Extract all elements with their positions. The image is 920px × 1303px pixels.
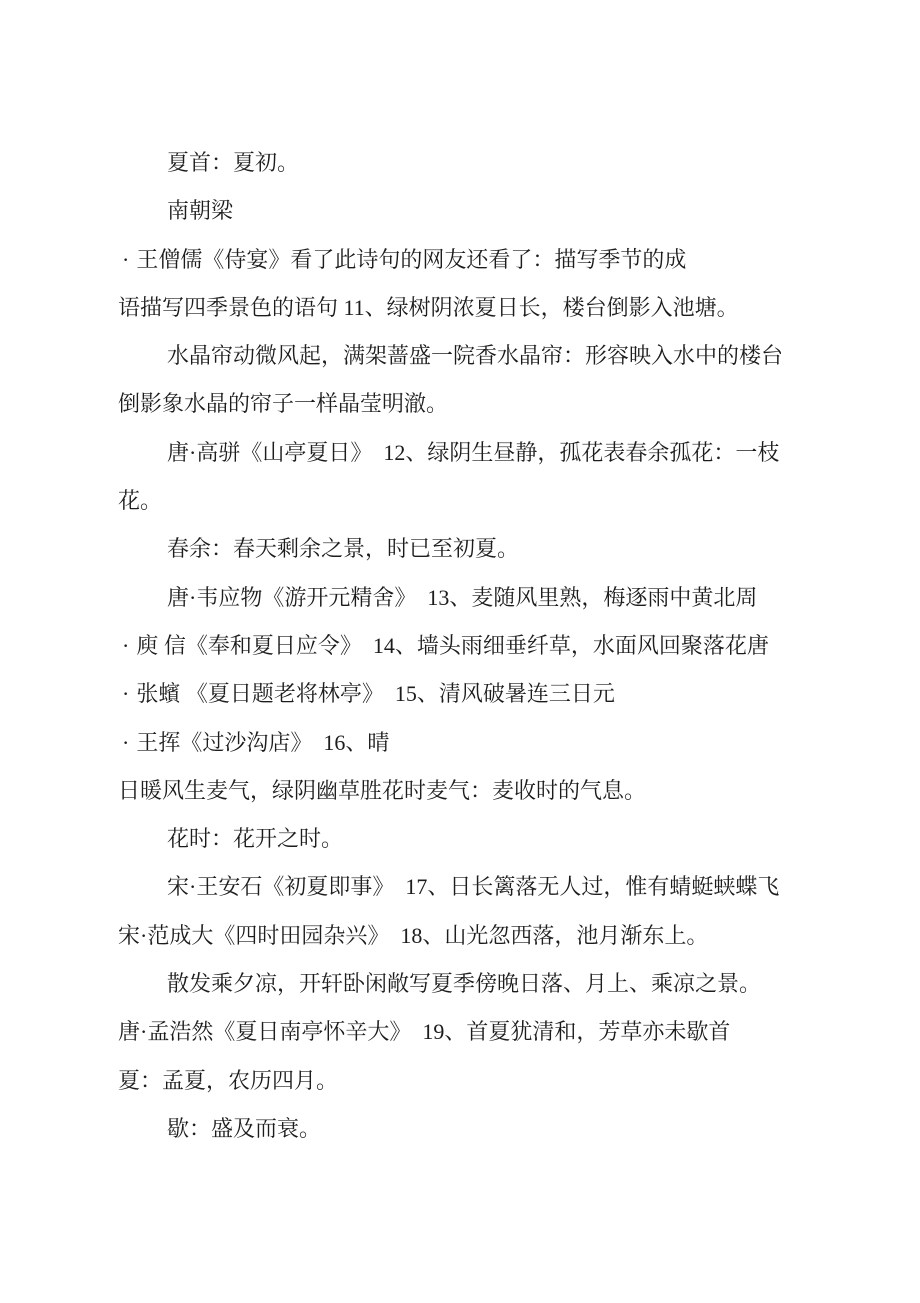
document-page: 夏首：夏初。 南朝梁 ·王僧儒《侍宴》看了此诗句的网友还看了：描写季节的成 语描…	[0, 0, 920, 1303]
text-line: ·张蠙 《夏日题老将林亭》 15、清风破暑连三日元	[118, 670, 838, 718]
text-line: ·王僧儒《侍宴》看了此诗句的网友还看了：描写季节的成	[118, 236, 838, 284]
line-text: 倒影象水晶的帘子一样晶莹明澈。	[118, 391, 448, 416]
list-bullet-marker: ·	[122, 622, 136, 670]
line-text: 花时：花开之时。	[167, 826, 343, 851]
line-text: 庾 信《奉和夏日应令》 14、墙头雨细垂纤草，水面风回聚落花唐	[136, 633, 769, 658]
text-line: 语描写四季景色的语句 11、绿树阴浓夏日长，楼台倒影入池塘。	[118, 284, 838, 332]
line-text: 张蠙 《夏日题老将林亭》 15、清风破暑连三日元	[136, 681, 615, 706]
text-line: 南朝梁	[118, 187, 838, 235]
line-text: 歇：盛及而衰。	[167, 1116, 321, 1141]
line-text: 日暖风生麦气，绿阴幽草胜花时麦气：麦收时的气息。	[118, 778, 646, 803]
text-line: ·王挥《过沙沟店》 16、晴	[118, 719, 838, 767]
text-line: 唐·高骈《山亭夏日》 12、绿阴生昼静，孤花表春余孤花：一枝	[118, 429, 838, 477]
text-line: 倒影象水晶的帘子一样晶莹明澈。	[118, 380, 838, 428]
text-line: 水晶帘动微风起，满架蔷盛一院香水晶帘：形容映入水中的楼台	[118, 332, 838, 380]
line-text: 王僧儒《侍宴》看了此诗句的网友还看了：描写季节的成	[136, 247, 686, 272]
text-line: 夏首：夏初。	[118, 139, 838, 187]
text-line: 宋·王安石《初夏即事》 17、日长篱落无人过，惟有蜻蜓蛱蝶飞	[118, 863, 838, 911]
line-text: 宋·王安石《初夏即事》 17、日长篱落无人过，惟有蜻蜓蛱蝶飞	[167, 874, 779, 899]
text-line: ·庾 信《奉和夏日应令》 14、墙头雨细垂纤草，水面风回聚落花唐	[118, 622, 838, 670]
text-line: 夏：孟夏，农历四月。	[118, 1057, 838, 1105]
document-body: 夏首：夏初。 南朝梁 ·王僧儒《侍宴》看了此诗句的网友还看了：描写季节的成 语描…	[118, 139, 838, 1153]
text-line: 唐·孟浩然《夏日南亭怀辛大》 19、首夏犹清和，芳草亦未歇首	[118, 1008, 838, 1056]
line-text: 唐·高骈《山亭夏日》 12、绿阴生昼静，孤花表春余孤花：一枝	[167, 440, 779, 465]
line-text: 水晶帘动微风起，满架蔷盛一院香水晶帘：形容映入水中的楼台	[167, 343, 783, 368]
line-text: 春余：春天剩余之景，时已至初夏。	[167, 536, 519, 561]
line-text: 宋·范成大《四时田园杂兴》 18、山光忽西落，池月渐东上。	[118, 923, 708, 948]
text-line: 春余：春天剩余之景，时已至初夏。	[118, 525, 838, 573]
text-line: 花时：花开之时。	[118, 815, 838, 863]
text-line: 唐·韦应物《游开元精舍》 13、麦随风里熟，梅逐雨中黄北周	[118, 574, 838, 622]
line-text: 散发乘夕凉，开轩卧闲敞写夏季傍晚日落、月上、乘凉之景。	[167, 971, 761, 996]
line-text: 唐·孟浩然《夏日南亭怀辛大》 19、首夏犹清和，芳草亦未歇首	[118, 1019, 730, 1044]
line-text: 花。	[118, 488, 162, 513]
line-text: 南朝梁	[167, 198, 233, 223]
text-line: 歇：盛及而衰。	[118, 1105, 838, 1153]
line-text: 王挥《过沙沟店》 16、晴	[136, 730, 389, 755]
line-text: 语描写四季景色的语句 11、绿树阴浓夏日长，楼台倒影入池塘。	[118, 295, 739, 320]
line-text: 夏首：夏初。	[167, 150, 299, 175]
text-line: 散发乘夕凉，开轩卧闲敞写夏季傍晚日落、月上、乘凉之景。	[118, 960, 838, 1008]
text-line: 日暖风生麦气，绿阴幽草胜花时麦气：麦收时的气息。	[118, 767, 838, 815]
text-line: 花。	[118, 477, 838, 525]
line-text: 夏：孟夏，农历四月。	[118, 1068, 338, 1093]
list-bullet-marker: ·	[122, 236, 136, 284]
line-text: 唐·韦应物《游开元精舍》 13、麦随风里熟，梅逐雨中黄北周	[167, 585, 757, 610]
list-bullet-marker: ·	[122, 670, 136, 718]
text-line: 宋·范成大《四时田园杂兴》 18、山光忽西落，池月渐东上。	[118, 912, 838, 960]
list-bullet-marker: ·	[122, 719, 136, 767]
